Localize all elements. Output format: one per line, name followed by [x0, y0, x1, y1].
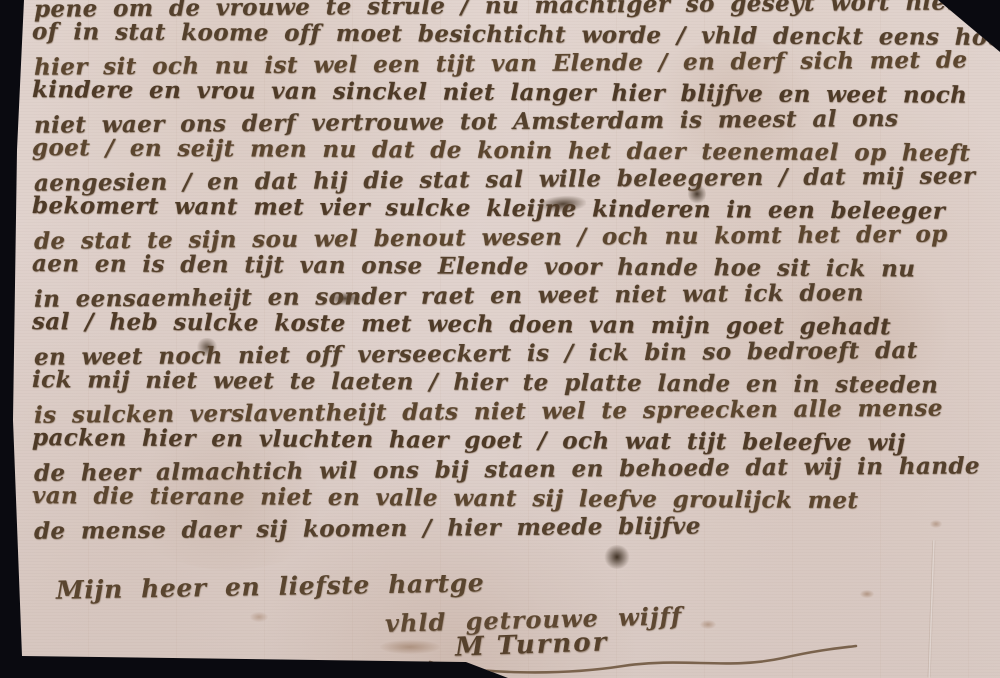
letter-closing: Mijn heer en liefste hartge — [56, 568, 485, 604]
bleed-speck — [250, 612, 268, 622]
photograph-background: pene om de vrouwe te strule / nu machtig… — [0, 0, 1000, 678]
bleed-speck — [700, 620, 716, 629]
letter-page: pene om de vrouwe te strule / nu machtig… — [0, 0, 1000, 678]
paper-crease — [928, 540, 936, 678]
bleed-speck — [380, 640, 440, 654]
letter-body: pene om de vrouwe te strule / nu machtig… — [32, 0, 994, 542]
bleed-speck — [860, 590, 874, 598]
letter-line: de mense daer sij koomen / hier meede bl… — [34, 509, 996, 546]
ink-blot — [604, 545, 630, 569]
signature: M Turnor — [455, 627, 609, 662]
